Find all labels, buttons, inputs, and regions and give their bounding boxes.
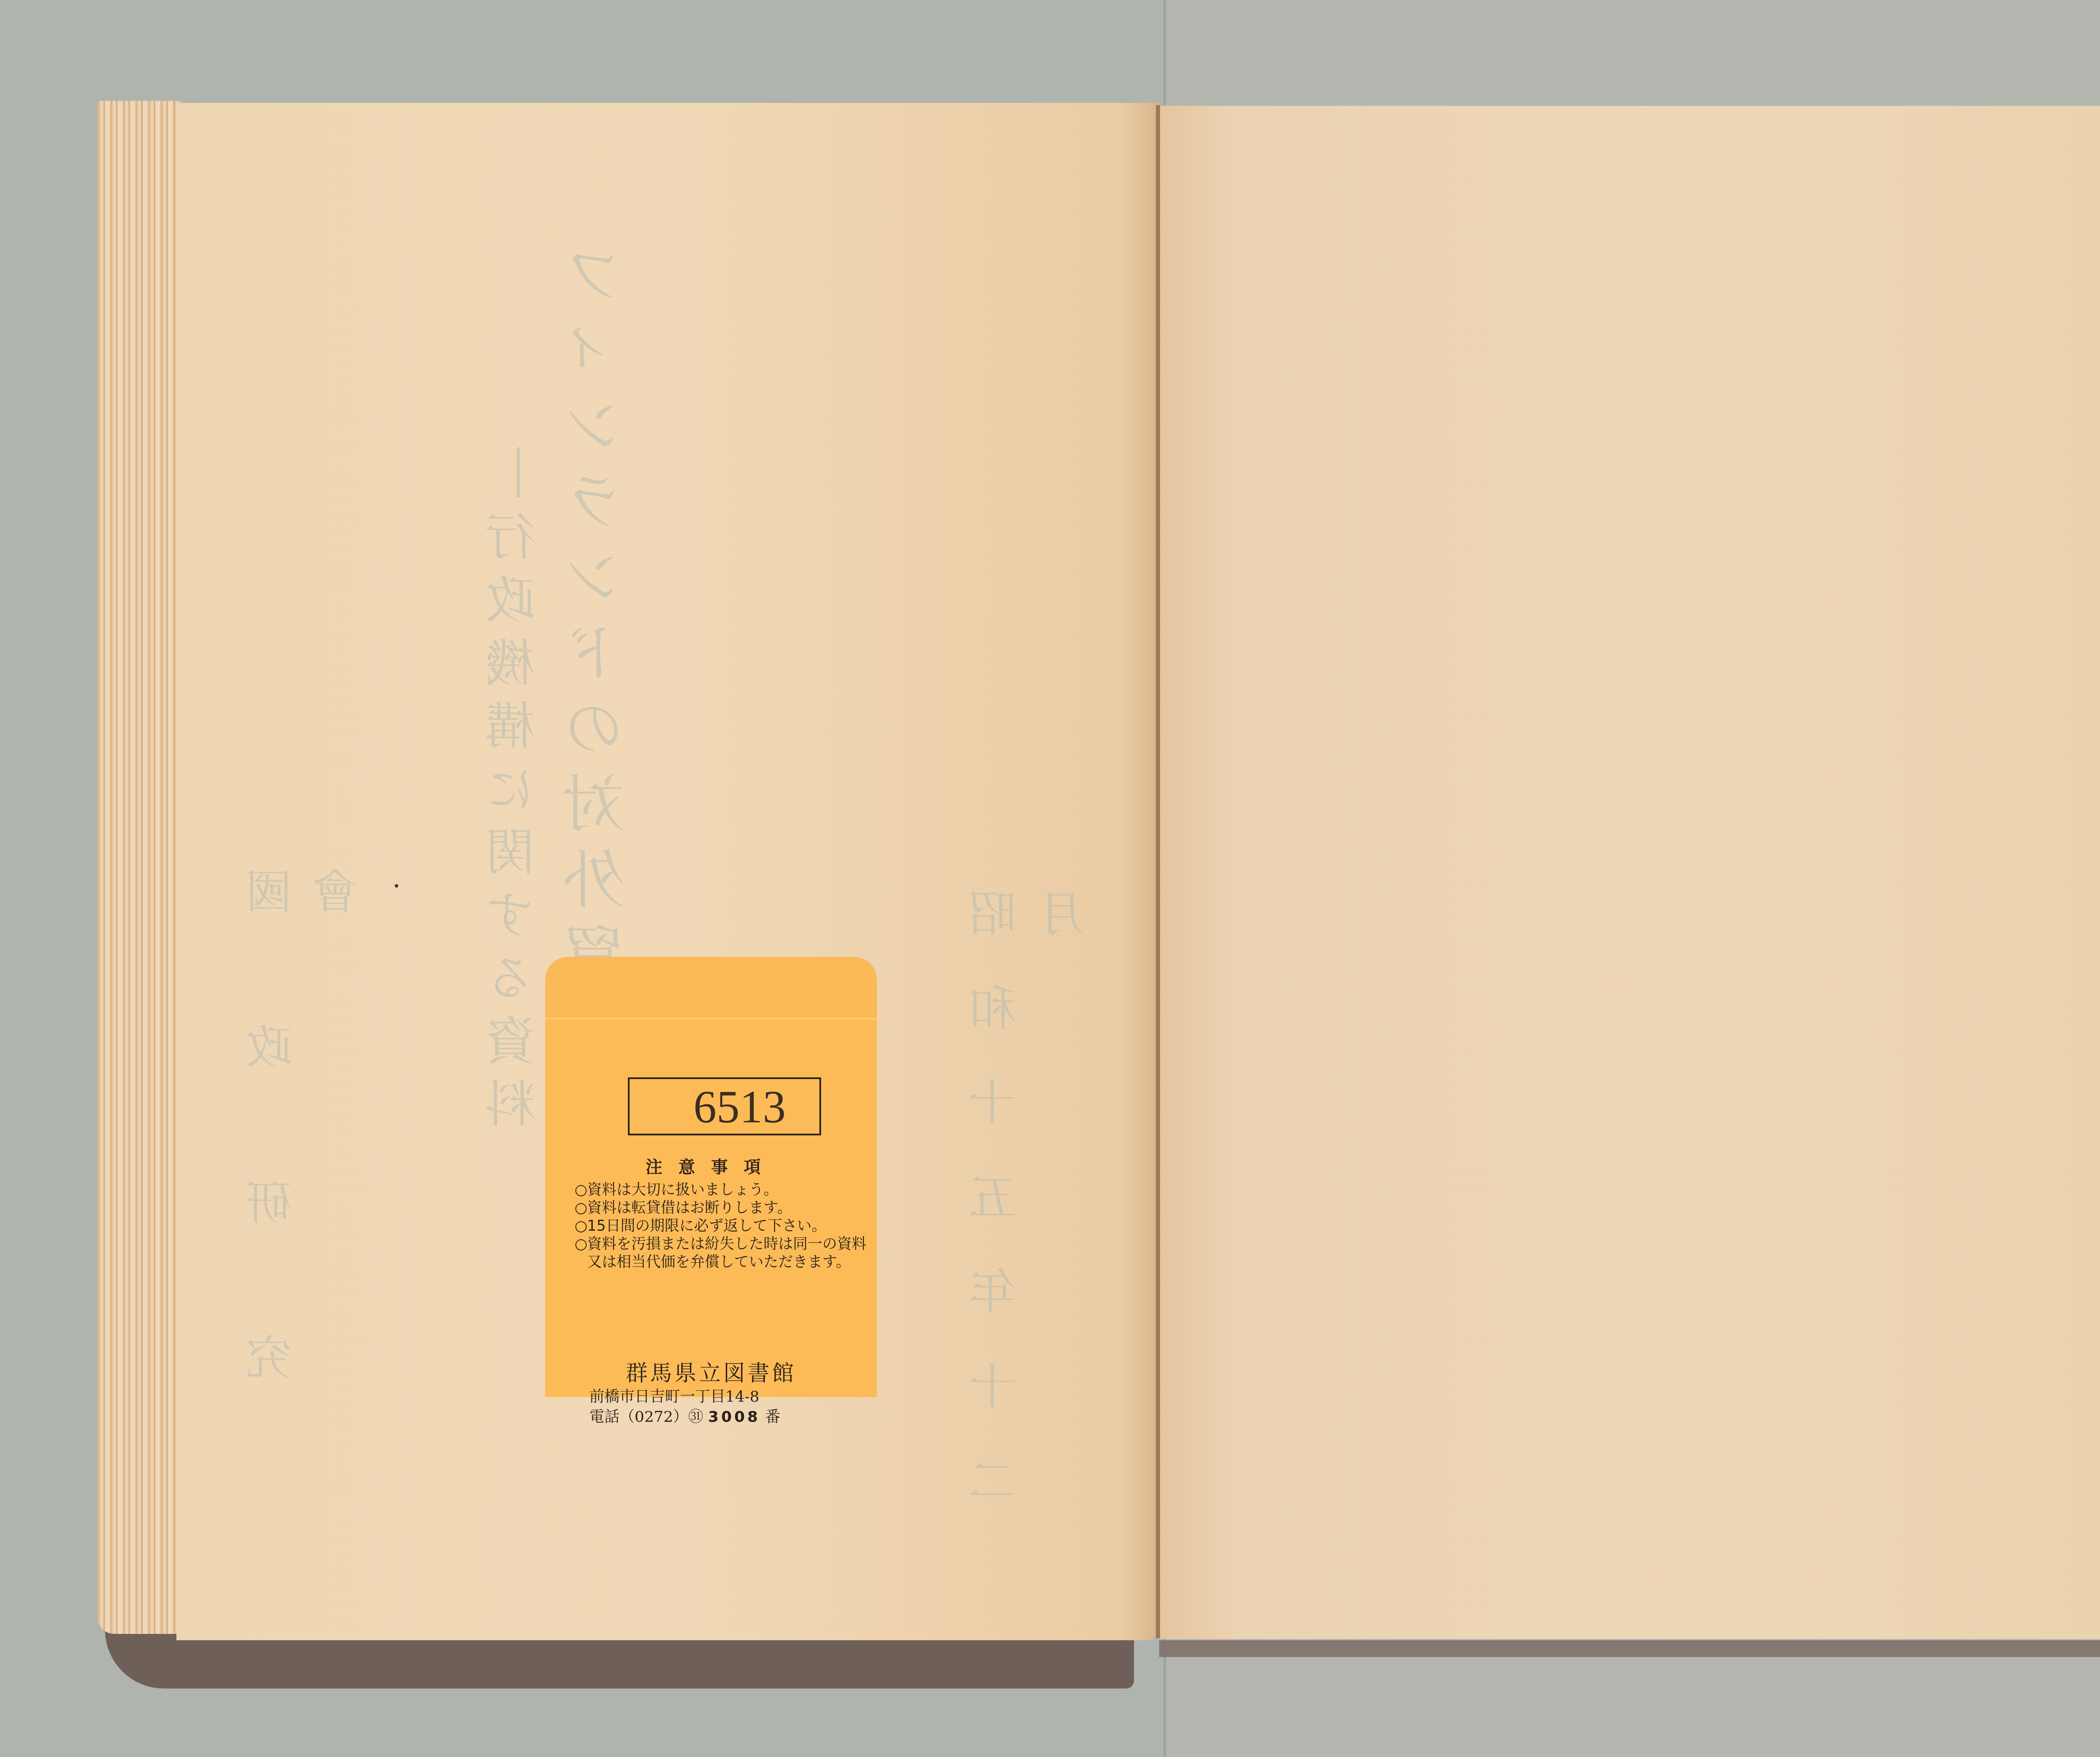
notice-item: ○ 15日間の期限に必ず返して下さい。 [575,1217,869,1235]
library-telephone: 電話（0272）㉛ 3008 番 [589,1405,780,1426]
circle-bullet-icon: ○ [575,1217,587,1235]
showthrough-subtitle: ―行政機構に関する資料 [479,447,551,1140]
library-loan-pocket: 6513 注意事項 ○ 資料は大切に扱いましょう。 ○ 資料は転貸借はお断りしま… [545,957,877,1397]
notice-text: 資料は大切に扱いましょう。 [587,1181,778,1199]
pocket-body: 6513 注意事項 ○ 資料は大切に扱いましょう。 ○ 資料は転貸借はお断りしま… [545,1019,877,1397]
book-gutter [1156,105,1160,1638]
tel-number: 3008 [708,1408,760,1426]
notice-item: ○ 資料は転貸借はお断りします。 [575,1199,869,1217]
page-edge-stack [97,101,181,1634]
tel-suffix: 番 [765,1408,780,1426]
notice-item: ○ 資料を汚損または紛失した時は同一の資料又は相当代価を弁償していただきます。 [575,1235,869,1271]
notice-text: 15日間の期限に必ず返して下さい。 [587,1217,827,1235]
book-shadow-right [1159,1640,2100,1657]
circle-bullet-icon: ○ [575,1199,587,1217]
notice-text: 資料は転貸借はお断りします。 [587,1199,792,1217]
notice-title: 注意事項 [545,1154,877,1178]
notice-list: ○ 資料は大切に扱いましょう。 ○ 資料は転貸借はお断りします。 ○ 15日間の… [575,1181,869,1271]
call-number-box: 6513 [628,1077,821,1135]
library-name: 群馬県立図書館 [545,1355,877,1387]
circle-bullet-icon: ○ [575,1181,587,1199]
notice-text: 資料を汚損または紛失した時は同一の資料又は相当代価を弁償していただきます。 [587,1235,869,1271]
circle-bullet-icon: ○ [575,1235,587,1271]
showthrough-publisher: 國政研究會 [239,867,372,1640]
showthrough-title: フィンランドの対外貿易 [554,242,645,1073]
tel-label: 電話（0272）㉛ [589,1408,703,1426]
library-address: 前橋市日吉町一丁目14-8 [589,1385,759,1406]
paper-speck [395,884,398,888]
right-page [1160,106,2100,1639]
showthrough-date: 昭和十五年十二月 [962,888,1100,1640]
notice-item: ○ 資料は大切に扱いましょう。 [575,1181,869,1199]
